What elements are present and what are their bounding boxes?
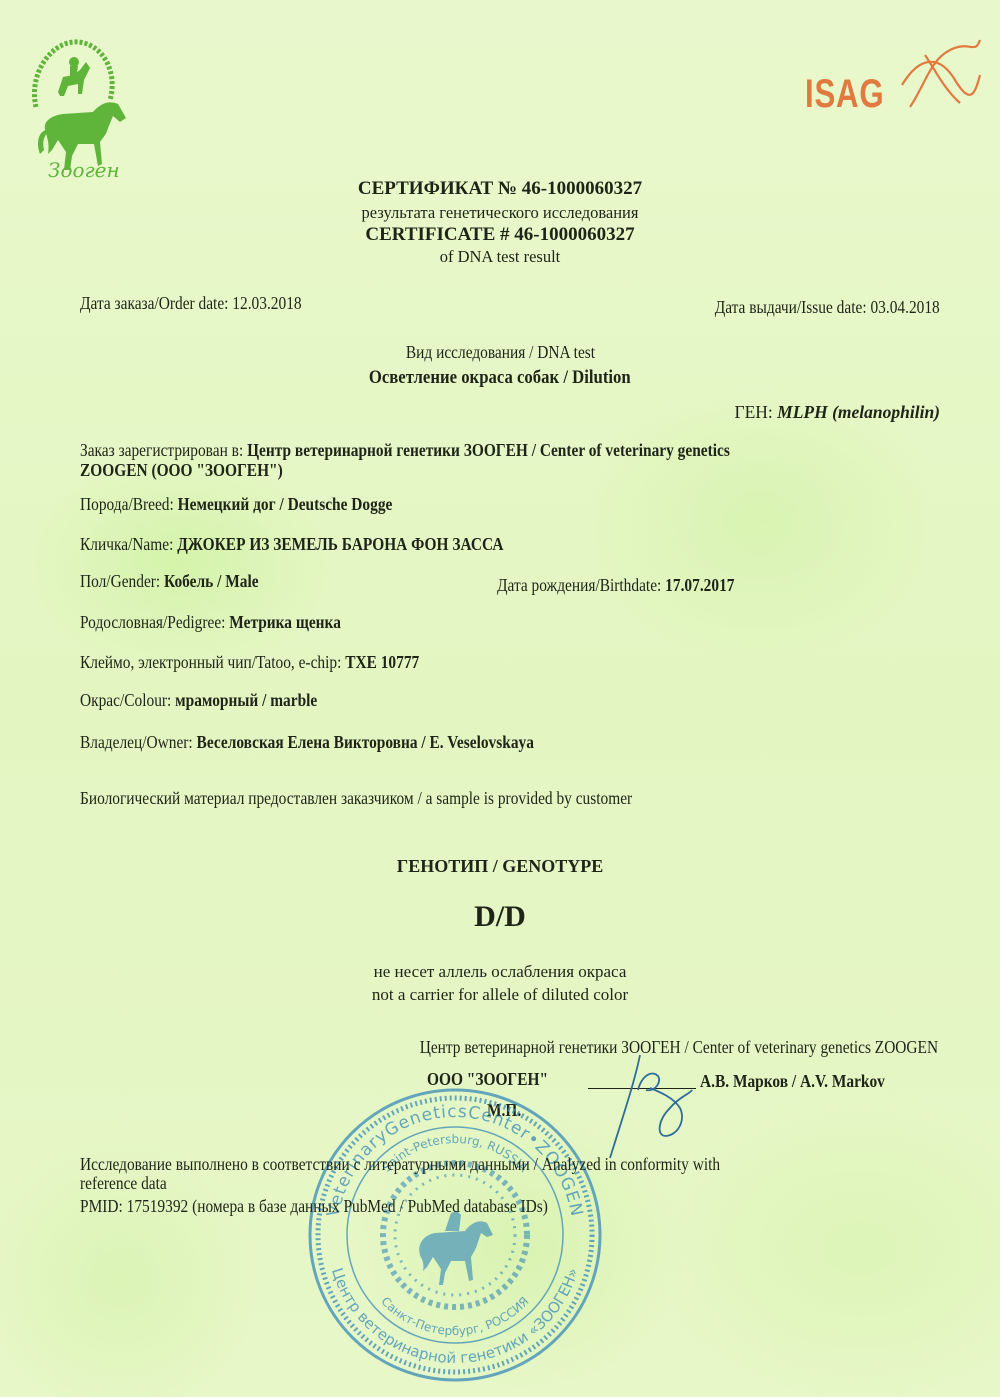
- dna-test-name: Осветление окраса собак / Dilution: [0, 367, 1000, 389]
- dna-helix-icon: [900, 35, 985, 110]
- colour-value: мраморный / marble: [175, 690, 317, 710]
- owner-label: Владелец/Owner:: [80, 732, 197, 752]
- zoogen-logo: Зooген: [18, 32, 128, 182]
- certificate-title-en: CERTIFICATE # 46-1000060327: [0, 224, 1000, 246]
- certificate-subtitle-ru: результата генетического исследования: [0, 203, 1000, 223]
- official-stamp: VeterinaryGeneticsCenter•ZOOGEN Saint-Pe…: [305, 1085, 605, 1385]
- pedigree-value: Метрика щенка: [229, 612, 341, 632]
- pmid-reference: PMID: 17519392 (номера в базе данных Pub…: [80, 1196, 612, 1217]
- genotype-description-en: not a carrier for allele of diluted colo…: [0, 985, 1000, 1005]
- stamp-seal-icon: VeterinaryGeneticsCenter•ZOOGEN Saint-Pe…: [305, 1085, 605, 1385]
- birthdate-value: 17.07.2017: [665, 575, 734, 595]
- pedigree-label: Родословная/Pedigree:: [80, 612, 229, 632]
- svg-text:Центр ветеринарной генетики «З: Центр ветеринарной генетики «ЗООГЕН»: [328, 1266, 582, 1367]
- genotype-heading: ГЕНОТИП / GENOTYPE: [0, 856, 1000, 877]
- issue-date-label: Дата выдачи/Issue date:: [715, 297, 871, 317]
- conformity-statement-line2: reference data: [80, 1173, 179, 1194]
- chip-field: Клеймо, электронный чип/Tatoo, e-chip: T…: [80, 652, 465, 673]
- chip-value: TXE 10777: [345, 652, 419, 672]
- genotype-value: D/D: [0, 900, 1000, 934]
- chip-label: Клеймо, электронный чип/Tatoo, e-chip:: [80, 652, 345, 672]
- handwritten-signature-icon: [600, 1050, 710, 1160]
- name-label: Кличка/Name:: [80, 534, 177, 554]
- certificate-subtitle-en: of DNA test result: [0, 247, 1000, 267]
- genotype-description-ru: не несет аллель ослабления окраса: [0, 962, 1000, 982]
- name-value: ДЖОКЕР ИЗ ЗЕМЕЛЬ БАРОНА ФОН ЗАССА: [177, 534, 503, 554]
- owner-value: Веселовская Елена Викторовна / E. Veselo…: [197, 732, 534, 752]
- gene-label: ГЕН:: [734, 402, 777, 422]
- order-date-value: 12.03.2018: [232, 293, 301, 313]
- breed-label: Порода/Breed:: [80, 494, 178, 514]
- colour-label: Окрас/Colour:: [80, 690, 175, 710]
- sample-note: Биологический материал предоставлен зака…: [80, 788, 707, 809]
- colour-field: Окрас/Colour: мраморный / marble: [80, 690, 350, 711]
- isag-logo-text: ISAG: [805, 72, 884, 117]
- gender-field: Пол/Gender: Кобель / Male: [80, 571, 283, 592]
- order-date-label: Дата заказа/Order date:: [80, 293, 232, 313]
- certificate-title-ru: СЕРТИФИКАТ № 46-1000060327: [0, 178, 1000, 200]
- registered-label: Заказ зарегистрирован в:: [80, 440, 247, 460]
- registered-at-line2: ZOOGEN (ООО "ЗООГЕН"): [80, 460, 310, 481]
- isag-logo: ISAG: [805, 30, 985, 120]
- gender-label: Пол/Gender:: [80, 571, 164, 591]
- gender-value: Кобель / Male: [164, 571, 259, 591]
- breed-value: Немецкий дог / Deutsche Dogge: [178, 494, 393, 514]
- signature: [600, 1050, 710, 1160]
- birthdate-label: Дата рождения/Birthdate:: [497, 575, 665, 595]
- svg-text:Санкт-Петербург, РОССИЯ: Санкт-Петербург, РОССИЯ: [378, 1294, 531, 1338]
- conformity-statement: Исследование выполнено в соответствии с …: [80, 1154, 807, 1175]
- owner-field: Владелец/Owner: Веселовская Елена Виктор…: [80, 732, 596, 753]
- birthdate-field: Дата рождения/Birthdate: 17.07.2017: [497, 575, 767, 596]
- pedigree-field: Родословная/Pedigree: Метрика щенка: [80, 612, 376, 633]
- registered-value: Центр ветеринарной генетики ЗООГЕН / Cen…: [247, 440, 730, 460]
- dna-test-label: Вид исследования / DNA test: [0, 342, 1000, 363]
- signatory-name: А.В. Марков / A.V. Markov: [700, 1071, 910, 1092]
- registered-at: Заказ зарегистрирован в: Центр ветеринар…: [80, 440, 818, 461]
- order-date: Дата заказа/Order date: 12.03.2018: [80, 293, 332, 314]
- gene-value: MLPH (melanophilin): [777, 402, 940, 422]
- breed-field: Порода/Breed: Немецкий дог / Deutsche Do…: [80, 494, 435, 515]
- issue-date-value: 03.04.2018: [871, 297, 940, 317]
- gene: ГЕН: MLPH (melanophilin): [734, 402, 940, 423]
- issue-date: Дата выдачи/Issue date: 03.04.2018: [684, 297, 940, 318]
- name-field: Кличка/Name: ДЖОКЕР ИЗ ЗЕМЕЛЬ БАРОНА ФОН…: [80, 534, 561, 555]
